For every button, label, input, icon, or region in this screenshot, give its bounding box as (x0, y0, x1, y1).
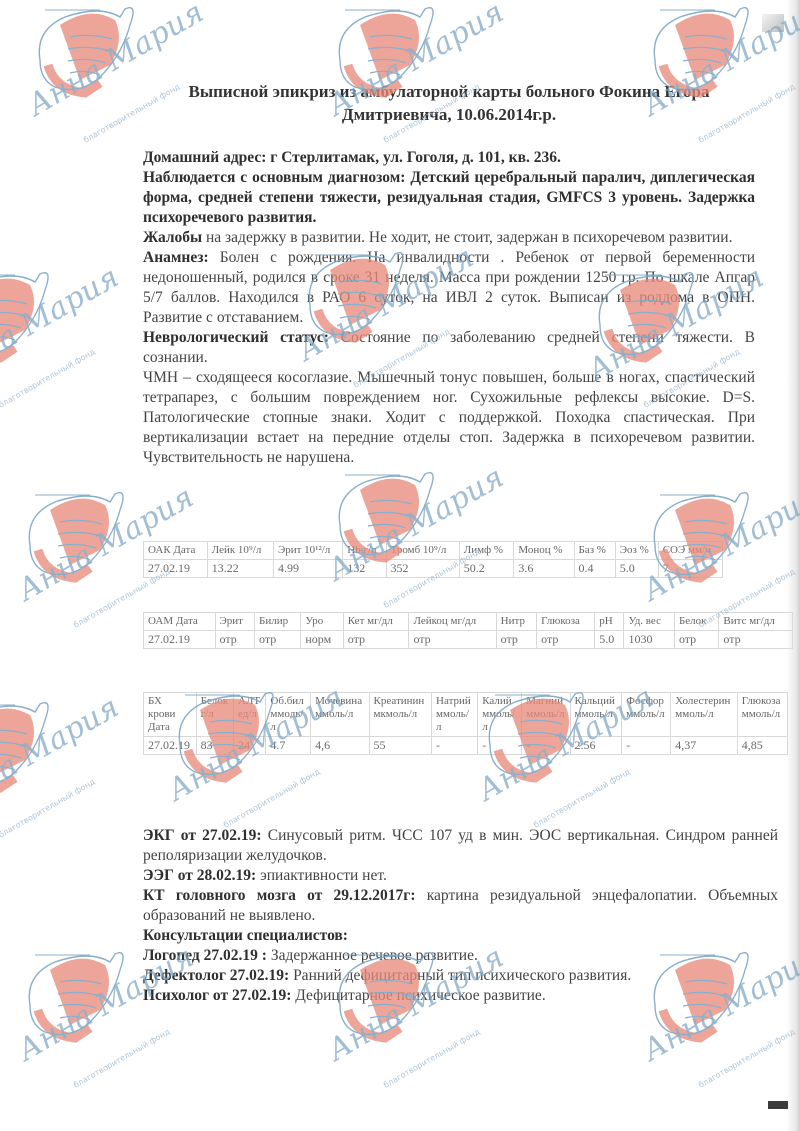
table-cell: 4,37 (671, 737, 738, 755)
table-cell: 55 (369, 737, 432, 755)
document-body: Выписной эпикриз из амбулаторной карты б… (143, 80, 755, 468)
column-header: Эрит 10¹²/л (273, 542, 342, 560)
table-header-row: ОАМ ДатаЭритБилирУроКет мг/длЛейкоц мг/д… (144, 613, 793, 631)
column-header: Мочевина ммоль/л (311, 693, 369, 737)
ekg-label: ЭКГ от 27.02.19: (143, 827, 262, 844)
table-cell: 4.7 (266, 737, 311, 755)
table-cell: 4.99 (273, 560, 342, 578)
watermark-fund-text: благотворительный фонд (532, 767, 632, 830)
column-header: Белок г/л (196, 693, 233, 737)
hand-heart-icon (0, 700, 55, 795)
consultation-value: Задержанное речевое развитие. (271, 947, 478, 964)
column-header: Баз % (574, 542, 615, 560)
title-line-2: Дмитриевича, 10.06.2014г.р. (143, 103, 755, 126)
table-cell: 27.02.19 (144, 737, 197, 755)
column-header: Уд. вес (624, 613, 675, 631)
anamnesis-label: Анамнез: (143, 249, 209, 266)
watermark: Анна Мария благотворительный фонд (0, 700, 95, 850)
column-header: Магний ммоль/л (522, 693, 570, 737)
column-header: Глюкоза ммоль/л (737, 693, 787, 737)
table-cell: 13.22 (207, 560, 273, 578)
column-header: Лейкоц мг/дл (409, 613, 496, 631)
scanned-page: Выписной эпикриз из амбулаторной карты б… (0, 0, 800, 1131)
column-header: ОАМ Дата (144, 613, 216, 631)
table-cell: 2.56 (570, 737, 622, 755)
document-title: Выписной эпикриз из амбулаторной карты б… (143, 80, 755, 126)
table-row: 27.02.1913.224.9913235250.23.60.45.07 (144, 560, 723, 578)
consultation-value: Ранний дефицитарный тип психического раз… (293, 967, 631, 984)
table-cell: 0.4 (574, 560, 615, 578)
table-cell: 5.0 (595, 631, 624, 649)
column-header: ОАК Дата (144, 542, 208, 560)
column-header: Глюкоза (537, 613, 595, 631)
column-header: Уро (301, 613, 343, 631)
consultation-item: Психолог от 27.02.19: Дефицитарное психи… (143, 986, 778, 1006)
column-header: Креатинин мкмоль/л (369, 693, 432, 737)
table-cell: отр (409, 631, 496, 649)
table-cell: 27.02.19 (144, 560, 208, 578)
complaints-paragraph: Жалобы на задержку в развитии. Не ходит,… (143, 228, 755, 248)
column-header: Натрий ммоль/л (432, 693, 478, 737)
table-cell: 352 (386, 560, 459, 578)
table-cell: отр (537, 631, 595, 649)
biochemistry-table: БХ крови ДатаБелок г/лАЛТ ед/лОб.бил ммо… (143, 692, 788, 755)
table-cell: 5.0 (615, 560, 658, 578)
table-row: 27.02.19отротрнормотротротротр5.01030отр… (144, 631, 793, 649)
table-cell: отр (215, 631, 255, 649)
table-cell: 1030 (624, 631, 675, 649)
table-cell: 27.02.19 (144, 631, 216, 649)
hand-heart-icon (0, 270, 55, 365)
table-cell: 24 (234, 737, 266, 755)
column-header: Лимф % (459, 542, 514, 560)
watermark-fund-text: благотворительный фонд (72, 1027, 172, 1090)
scan-corner-shadow (762, 14, 784, 32)
column-header: Холестерин ммоль/л (671, 693, 738, 737)
watermark-fund-text: благотворительный фонд (0, 347, 97, 410)
column-header: Моноц % (514, 542, 574, 560)
column-header: Нитр (496, 613, 536, 631)
column-header: Hb г/л (343, 542, 386, 560)
consultation-value: Дефицитарное психическое развитие. (295, 987, 545, 1004)
consultation-label: Логопед 27.02.19 : (143, 947, 267, 964)
eeg-label: ЭЭГ от 28.02.19: (143, 867, 256, 884)
column-header: Кальций ммоль/л (570, 693, 622, 737)
column-header: Тромб 10⁹/л (386, 542, 459, 560)
consultations-heading: Консультации специалистов: (143, 926, 778, 946)
table-cell: отр (343, 631, 409, 649)
watermark-fund-text: благотворительный фонд (697, 1027, 797, 1090)
column-header: Витс мг/дл (719, 613, 793, 631)
ekg-paragraph: ЭКГ от 27.02.19: Синусовый ритм. ЧСС 107… (143, 826, 778, 866)
address-value: г Стерлитамак, ул. Гоголя, д. 101, кв. 2… (270, 149, 561, 166)
column-header: Об.бил ммоль/л (266, 693, 311, 737)
column-header: Лейк 10⁹/л (207, 542, 273, 560)
studies-section: ЭКГ от 27.02.19: Синусовый ритм. ЧСС 107… (143, 826, 778, 1006)
consultations-heading-text: Консультации специалистов: (143, 927, 348, 944)
table-cell: 4,85 (737, 737, 787, 755)
watermark-script-text: Анна Мария (0, 260, 125, 389)
table-cell: отр (719, 631, 793, 649)
neuro-status-label: Неврологический статус: (143, 329, 329, 346)
address-paragraph: Домашний адрес: г Стерлитамак, ул. Гогол… (143, 148, 755, 168)
eeg-paragraph: ЭЭГ от 28.02.19: эпиактивности нет. (143, 866, 778, 886)
table-header-row: ОАК ДатаЛейк 10⁹/лЭрит 10¹²/лHb г/лТромб… (144, 542, 723, 560)
consultation-item: Логопед 27.02.19 : Задержанное речевое р… (143, 946, 778, 966)
column-header: Эоз % (615, 542, 658, 560)
ct-label: КТ головного мозга от 29.12.2017г: (143, 887, 416, 904)
table-cell: - (478, 737, 522, 755)
neuro-details-paragraph: ЧМН – сходящееся косоглазие. Мышечный то… (143, 368, 755, 468)
table-cell: 83 (196, 737, 233, 755)
address-label: Домашний адрес: (143, 149, 266, 166)
column-header: Эрит (215, 613, 255, 631)
neuro-status-paragraph: Неврологический статус: Состояние по заб… (143, 328, 755, 368)
table-header-row: БХ крови ДатаБелок г/лАЛТ ед/лОб.бил ммо… (144, 693, 788, 737)
hand-heart-icon (20, 490, 130, 585)
eeg-value: эпиактивности нет. (260, 867, 387, 884)
neuro-details: ЧМН – сходящееся косоглазие. Мышечный то… (143, 369, 755, 466)
table-cell: отр (496, 631, 536, 649)
watermark-script-text: Анна Мария (0, 690, 125, 819)
hand-heart-icon (30, 5, 140, 100)
anamnesis-paragraph: Анамнез: Болен с рождения. На инвалиднос… (143, 248, 755, 328)
diagnosis-label: Наблюдается с основным диагнозом: (143, 169, 405, 186)
column-header: БХ крови Дата (144, 693, 197, 737)
column-header: Белок (674, 613, 718, 631)
table-cell: 4,6 (311, 737, 369, 755)
table-cell: - (432, 737, 478, 755)
column-header: Билир (255, 613, 301, 631)
column-header: Фосфор ммоль/л (622, 693, 671, 737)
table-cell: норм (301, 631, 343, 649)
table-cell: - (622, 737, 671, 755)
column-header: Калий ммоль/л (478, 693, 522, 737)
column-header: pH (595, 613, 624, 631)
watermark: Анна Мария благотворительный фонд (0, 270, 95, 420)
column-header: Кет мг/дл (343, 613, 409, 631)
scan-edge-shadow (786, 0, 800, 1131)
title-line-1: Выписной эпикриз из амбулаторной карты б… (143, 80, 755, 103)
watermark-fund-text: благотворительный фонд (382, 1027, 482, 1090)
ct-paragraph: КТ головного мозга от 29.12.2017г: карти… (143, 886, 778, 926)
diagnosis-paragraph: Наблюдается с основным диагнозом: Детски… (143, 168, 755, 228)
hand-heart-icon (20, 950, 130, 1045)
complaints-label: Жалобы (143, 229, 202, 246)
table-cell: отр (674, 631, 718, 649)
consultation-label: Дефектолог 27.02.19: (143, 967, 289, 984)
table-cell: 7 (658, 560, 722, 578)
complaints-value: на задержку в развитии. Не ходит, не сто… (206, 229, 732, 246)
column-header: АЛТ ед/л (234, 693, 266, 737)
oam-table: ОАМ ДатаЭритБилирУроКет мг/длЛейкоц мг/д… (143, 612, 793, 649)
table-cell: 132 (343, 560, 386, 578)
column-header: СОЭ мм/ч (658, 542, 722, 560)
watermark-fund-text: благотворительный фонд (222, 767, 322, 830)
consultation-label: Психолог от 27.02.19: (143, 987, 291, 1004)
scan-edge-mark (768, 1101, 788, 1109)
anamnesis-value: Болен с рождения. На инвалидности . Ребе… (143, 249, 755, 326)
watermark-fund-text: благотворительный фонд (0, 777, 97, 840)
consultation-item: Дефектолог 27.02.19: Ранний дефицитарный… (143, 966, 778, 986)
table-cell: отр (255, 631, 301, 649)
table-cell: 50.2 (459, 560, 514, 578)
table-cell: - (522, 737, 570, 755)
table-cell: 3.6 (514, 560, 574, 578)
table-row: 27.02.1983244.74,655---2.56-4,374,85 (144, 737, 788, 755)
oak-table: ОАК ДатаЛейк 10⁹/лЭрит 10¹²/лHb г/лТромб… (143, 541, 723, 578)
